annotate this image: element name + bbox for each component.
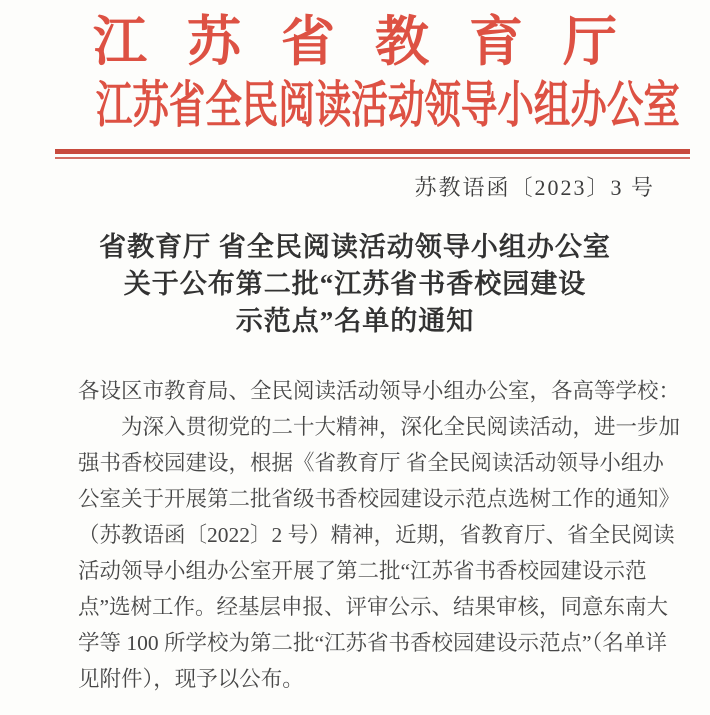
body-line: 公室关于开展第二批省级书香校园建设示范点选树工作的通知》 [78,481,644,517]
red-divider-rule [55,149,690,159]
body-line: （苏教语函〔2022〕2 号）精神，近期，省教育厅、省全民阅读 [78,517,644,553]
org-name-primary: 江苏省教育厅 [0,10,710,74]
red-divider-thick-line [55,149,690,154]
body-line: 学等 100 所学校为第二批“江苏省书香校园建设示范点”（名单详 [78,625,644,661]
title-line-1: 省教育厅 省全民阅读活动领导小组办公室 [0,229,710,266]
org-name-secondary: 江苏省全民阅读活动领导小组办公室 [96,76,614,134]
body-line: 活动领导小组办公室开展了第二批“江苏省书香校园建设示范 [78,553,644,589]
title-line-3: 示范点”名单的通知 [0,303,710,340]
title-line-2: 关于公布第二批“江苏省书香校园建设 [0,266,710,303]
red-divider-thin-line [55,157,690,159]
body-line: 见附件），现予以公布。 [78,661,644,697]
body-paragraph: 各设区市教育局、全民阅读活动领导小组办公室，各高等学校： 为深入贯彻党的二十大精… [78,373,644,697]
salutation-line: 各设区市教育局、全民阅读活动领导小组办公室，各高等学校： [78,373,644,409]
notice-title: 省教育厅 省全民阅读活动领导小组办公室 关于公布第二批“江苏省书香校园建设 示范… [0,229,710,340]
scanned-notice-page: 江苏省教育厅 江苏省全民阅读活动领导小组办公室 苏教语函〔2023〕3 号 省教… [0,0,710,715]
body-line: 强书香校园建设，根据《省教育厅 省全民阅读活动领导小组办 [78,445,644,481]
body-line: 点”选树工作。经基层申报、评审公示、结果审核，同意东南大 [78,589,644,625]
body-line: 为深入贯彻党的二十大精神，深化全民阅读活动，进一步加 [78,409,644,445]
letterhead: 江苏省教育厅 江苏省全民阅读活动领导小组办公室 [0,0,710,134]
document-number: 苏教语函〔2023〕3 号 [0,174,710,202]
